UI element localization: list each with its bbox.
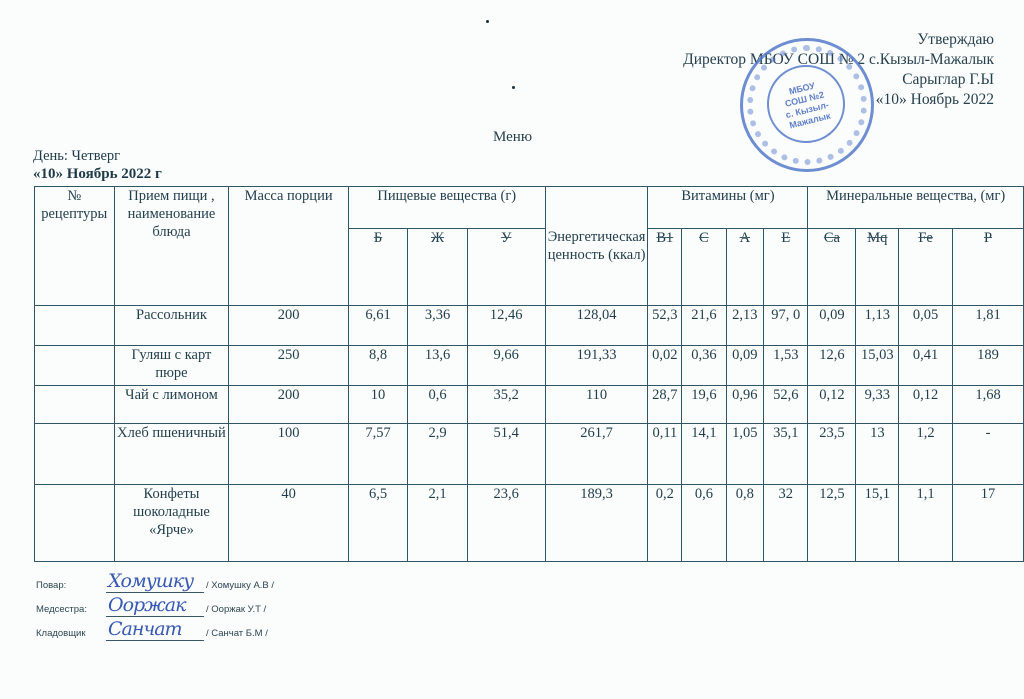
cell-ca: 0,12	[808, 386, 856, 424]
cell-recipe	[35, 424, 115, 485]
cell-p: 17	[953, 485, 1024, 562]
signature-role: Медсестра:	[36, 604, 87, 615]
cell-e: 1,53	[764, 346, 808, 386]
cell-u: 9,66	[467, 346, 545, 386]
cell-mg: 13	[856, 424, 899, 485]
cell-a: 0,96	[726, 386, 764, 424]
header-energy: Энергетическая ценность (ккал)	[545, 187, 648, 306]
handwritten-signature: Санчат	[108, 618, 182, 640]
signature-name: / Ооржак У.Т /	[206, 604, 266, 615]
table-row: Чай с лимоном200100,635,211028,719,60,96…	[35, 386, 1024, 424]
cell-b1: 0,2	[648, 485, 682, 562]
signature-role: Повар:	[36, 580, 66, 591]
cell-e: 32	[764, 485, 808, 562]
subheader-carbs: У	[467, 229, 545, 306]
cell-a: 1,05	[726, 424, 764, 485]
cell-mass: 250	[229, 346, 348, 386]
cell-u: 51,4	[467, 424, 545, 485]
cell-mg: 15,03	[856, 346, 899, 386]
header-vitamins: Витамины (мг)	[648, 187, 808, 229]
subheader-fat: Ж	[408, 229, 467, 306]
cell-recipe	[35, 306, 115, 346]
menu-table-body: Рассольник2006,613,3612,46128,0452,321,6…	[35, 306, 1024, 562]
signature-line	[106, 640, 204, 641]
menu-table: № рецептуры Прием пищи , наименование бл…	[34, 186, 1024, 562]
cell-zh: 2,9	[408, 424, 467, 485]
cell-mg: 1,13	[856, 306, 899, 346]
cell-fe: 0,05	[899, 306, 953, 346]
subheader-c: C	[682, 229, 726, 306]
cell-energy: 189,3	[545, 485, 648, 562]
cell-zh: 2,1	[408, 485, 467, 562]
cell-p: 1,68	[953, 386, 1024, 424]
cell-b1: 28,7	[648, 386, 682, 424]
signature-line	[106, 592, 204, 593]
cell-energy: 261,7	[545, 424, 648, 485]
cell-p: -	[953, 424, 1024, 485]
cell-name: Хлеб пшеничный	[114, 424, 229, 485]
table-row: Конфеты шоколадные «Ярче»406,52,123,6189…	[35, 485, 1024, 562]
signature-line	[106, 616, 204, 617]
cell-e: 35,1	[764, 424, 808, 485]
day-label: День: Четверг	[33, 148, 120, 165]
cell-mass: 40	[229, 485, 348, 562]
header-minerals: Минеральные вещества, (мг)	[808, 187, 1024, 229]
cell-mg: 15,1	[856, 485, 899, 562]
scan-speck	[486, 20, 489, 23]
subheader-e: E	[764, 229, 808, 306]
signature-role: Кладовщик	[36, 628, 86, 639]
cell-ca: 0,09	[808, 306, 856, 346]
subheader-mg: Mq	[856, 229, 899, 306]
cell-b: 10	[348, 386, 407, 424]
subheader-fe: Fe	[899, 229, 953, 306]
cell-ca: 12,5	[808, 485, 856, 562]
header-portion-mass: Масса порции	[229, 187, 348, 306]
cell-c: 0,6	[682, 485, 726, 562]
date-label: «10» Ноябрь 2022 г	[33, 166, 162, 183]
cell-u: 23,6	[467, 485, 545, 562]
cell-mass: 200	[229, 306, 348, 346]
cell-mass: 100	[229, 424, 348, 485]
cell-recipe	[35, 386, 115, 424]
cell-zh: 3,36	[408, 306, 467, 346]
header-nutrients: Пищевые вещества (г)	[348, 187, 545, 229]
cell-ca: 12,6	[808, 346, 856, 386]
cell-a: 0,8	[726, 485, 764, 562]
subheader-protein: Б	[348, 229, 407, 306]
cell-b1: 52,3	[648, 306, 682, 346]
document-title: Меню	[493, 129, 532, 146]
handwritten-signature: Ооржак	[108, 594, 185, 616]
cell-a: 0,09	[726, 346, 764, 386]
header-recipe-no: № рецептуры	[35, 187, 115, 306]
cell-c: 19,6	[682, 386, 726, 424]
header-meal-name: Прием пищи , наименование блюда	[114, 187, 229, 306]
signature-name: / Санчат Б.М /	[206, 628, 268, 639]
cell-b: 6,61	[348, 306, 407, 346]
scan-speck	[512, 86, 515, 89]
cell-p: 189	[953, 346, 1024, 386]
cell-b1: 0,11	[648, 424, 682, 485]
cell-name: Конфеты шоколадные «Ярче»	[114, 485, 229, 562]
cell-fe: 1,1	[899, 485, 953, 562]
table-row: Гуляш с карт пюре2508,813,69,66191,330,0…	[35, 346, 1024, 386]
signature-name: / Хомушку А.В /	[206, 580, 274, 591]
cell-fe: 0,41	[899, 346, 953, 386]
cell-energy: 110	[545, 386, 648, 424]
school-stamp: МБОУ СОШ №2 с. Кызыл-Мажалык	[740, 38, 874, 172]
cell-p: 1,81	[953, 306, 1024, 346]
cell-name: Рассольник	[114, 306, 229, 346]
cell-c: 14,1	[682, 424, 726, 485]
cell-c: 0,36	[682, 346, 726, 386]
cell-zh: 0,6	[408, 386, 467, 424]
cell-b: 7,57	[348, 424, 407, 485]
cell-name: Гуляш с карт пюре	[114, 346, 229, 386]
table-row: Хлеб пшеничный1007,572,951,4261,70,1114,…	[35, 424, 1024, 485]
cell-energy: 128,04	[545, 306, 648, 346]
cell-ca: 23,5	[808, 424, 856, 485]
table-row: Рассольник2006,613,3612,46128,0452,321,6…	[35, 306, 1024, 346]
subheader-p: P	[953, 229, 1024, 306]
cell-e: 52,6	[764, 386, 808, 424]
cell-b1: 0,02	[648, 346, 682, 386]
cell-fe: 0,12	[899, 386, 953, 424]
cell-b: 8,8	[348, 346, 407, 386]
handwritten-signature: Хомушку	[108, 570, 193, 592]
subheader-a: A	[726, 229, 764, 306]
cell-fe: 1,2	[899, 424, 953, 485]
cell-a: 2,13	[726, 306, 764, 346]
cell-recipe	[35, 485, 115, 562]
cell-zh: 13,6	[408, 346, 467, 386]
cell-c: 21,6	[682, 306, 726, 346]
cell-b: 6,5	[348, 485, 407, 562]
cell-name: Чай с лимоном	[114, 386, 229, 424]
cell-e: 97, 0	[764, 306, 808, 346]
cell-recipe	[35, 346, 115, 386]
subheader-ca: Ca	[808, 229, 856, 306]
cell-u: 12,46	[467, 306, 545, 346]
cell-mass: 200	[229, 386, 348, 424]
cell-energy: 191,33	[545, 346, 648, 386]
cell-u: 35,2	[467, 386, 545, 424]
cell-mg: 9,33	[856, 386, 899, 424]
subheader-b1: B1	[648, 229, 682, 306]
